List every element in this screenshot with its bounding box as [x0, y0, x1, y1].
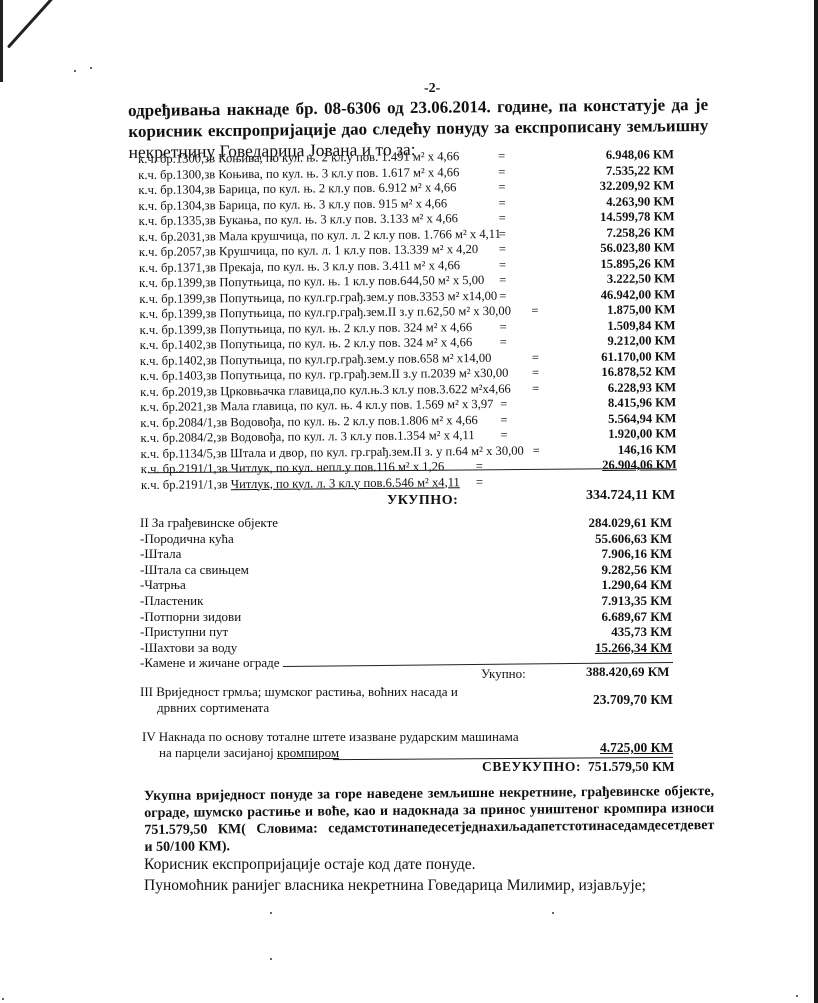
equals-sign: = [532, 350, 539, 366]
scan-edge-left [0, 0, 3, 82]
buildings-subtotal-label: Укупно: [481, 666, 526, 682]
equals-sign: = [498, 149, 505, 165]
crop-damage-line: IV Накнада по основу тоталне штете изазв… [142, 729, 519, 745]
equals-sign: = [476, 475, 483, 491]
equals-sign: = [500, 412, 507, 428]
vegetation-line: дрвних сортимената [140, 700, 458, 716]
equals-sign: = [499, 226, 506, 242]
building-item-row: II За грађевинске објекте284.029,61 КМ [140, 515, 672, 531]
building-item-amount: 284.029,61 КМ [589, 515, 672, 531]
vegetation-section: III Вриједност грмља; шумског растиња, в… [140, 684, 458, 716]
equals-sign: = [476, 459, 483, 475]
building-item-row: -Штала7.906,16 КМ [140, 546, 672, 562]
scan-speck [796, 995, 798, 997]
building-item-row: -Штала са свињцем9.282,56 КМ [140, 562, 672, 578]
building-item-amount: 7.906,16 КМ [602, 546, 672, 562]
vegetation-line: III Вриједност грмља; шумског растиња, в… [140, 684, 458, 700]
land-item-description: к.ч. бр.2191/1,зв Читлук, по кул. л. 3 к… [141, 475, 460, 493]
building-item-label: -Камене и жичане ограде [140, 655, 280, 671]
scan-speck [90, 67, 92, 69]
equals-sign: = [498, 164, 505, 180]
equals-sign: = [500, 428, 507, 444]
building-item-amount: 7.913,35 КМ [602, 593, 672, 609]
land-item-amount: 7.535,22 КМ [606, 163, 674, 179]
scan-speck [2, 998, 4, 1000]
building-item-amount: 55.606,63 КМ [595, 531, 672, 547]
scan-edge-right [814, 0, 818, 1003]
closing-line: Пуномоћник ранијег власника некретнина Г… [144, 875, 646, 896]
grand-total-label: СВЕУКУПНО: [482, 759, 581, 775]
land-total-label: УКУПНО: [387, 493, 458, 509]
equals-sign: = [498, 195, 505, 211]
summary-paragraph: Укупна вриједност понуде за горе наведен… [144, 783, 715, 856]
building-item-label: -Штала са свињцем [140, 562, 249, 578]
land-item-amount: 14.599,78 КМ [600, 209, 675, 225]
land-item-amount: 5.564,94 КМ [608, 411, 676, 427]
equals-sign: = [499, 273, 506, 289]
building-item-label: -Породична кућа [140, 531, 234, 547]
land-item-amount: 6.228,93 КМ [608, 380, 676, 396]
building-item-label: II За грађевинске објекте [140, 515, 278, 531]
equals-sign: = [498, 180, 505, 196]
page-number: -2- [424, 81, 440, 97]
land-item-amount: 1.509,84 КМ [607, 318, 675, 334]
building-item-row: -Потпорни зидови6.689,67 КМ [140, 609, 672, 625]
building-item-row: -Чатрња1.290,64 КМ [140, 577, 672, 593]
land-item-amount: 26.904,06 КМ [602, 457, 677, 473]
crop-damage-section: IV Накнада по основу тоталне штете изазв… [142, 729, 519, 761]
building-item-row: -Приступни пут435,73 КМ [140, 624, 672, 640]
buildings-section: II За грађевинске објекте284.029,61 КМ-П… [140, 515, 672, 671]
scan-speck [270, 912, 272, 914]
land-item-amount: 3.222,50 КМ [607, 271, 675, 287]
equals-sign: = [500, 397, 507, 413]
land-item-amount: 6.948,06 КМ [606, 147, 674, 163]
equals-sign: = [499, 288, 506, 304]
land-item-amount: 16.878,52 КМ [601, 364, 676, 380]
grand-total-value: 751.579,50 КМ [588, 759, 675, 775]
building-item-amount: 1.290,64 КМ [602, 577, 672, 593]
building-item-label: -Штала [140, 546, 181, 562]
land-item-description-prefix: к.ч. бр.2191/1,зв [141, 477, 231, 492]
building-item-amount: 15.266,34 КМ [595, 640, 672, 656]
building-item-label: -Потпорни зидови [140, 609, 241, 625]
scan-speck [270, 958, 272, 960]
land-item-amount: 1.920,00 КМ [608, 426, 676, 442]
land-item-amount: 8.415,96 КМ [608, 395, 676, 411]
equals-sign: = [532, 366, 539, 382]
land-item-amount: 146,16 КМ [618, 442, 677, 458]
land-item-amount: 15.895,26 КМ [600, 256, 675, 272]
building-item-row: -Пластеник7.913,35 КМ [140, 593, 672, 609]
land-parcel-list: к.ч. бр.1300,зв Коњива, по кул. њ. 2 кл.… [138, 147, 677, 493]
building-item-row: -Породична кућа55.606,63 КМ [140, 531, 672, 547]
building-item-amount: 6.689,67 КМ [602, 609, 672, 625]
land-item-amount: 1.875,00 КМ [607, 302, 675, 318]
vegetation-amount: 23.709,70 КМ [593, 692, 673, 708]
building-item-label: -Чатрња [140, 577, 186, 593]
crop-damage-underlined: кромпиром [277, 745, 339, 760]
crop-damage-text: на парцели засијаној [159, 745, 277, 760]
pen-stroke-mark [7, 0, 95, 49]
land-item-amount: 56.023,80 КМ [600, 240, 675, 256]
scan-speck [552, 912, 554, 914]
closing-line: Корисник експропријације остаје код дате… [144, 854, 646, 875]
land-item-amount: 32.209,92 КМ [600, 178, 675, 194]
equals-sign: = [531, 304, 538, 320]
building-item-amount: 435,73 КМ [611, 624, 672, 640]
equals-sign: = [533, 443, 540, 459]
building-item-label: -Шахтови за воду [140, 640, 237, 656]
land-item-amount: 61.170,00 КМ [601, 349, 676, 365]
land-item-amount: 46.942,00 КМ [601, 287, 676, 303]
land-total-value: 334.724,11 КМ [586, 488, 675, 504]
equals-sign: = [499, 242, 506, 258]
equals-sign: = [499, 319, 506, 335]
equals-sign: = [500, 335, 507, 351]
building-item-row: -Шахтови за воду15.266,34 КМ [140, 640, 672, 656]
building-item-label: -Приступни пут [140, 624, 228, 640]
equals-sign: = [499, 211, 506, 227]
equals-sign: = [499, 257, 506, 273]
building-item-amount: 9.282,56 КМ [602, 562, 672, 578]
building-item-label: -Пластеник [140, 593, 203, 609]
scan-speck [74, 70, 76, 72]
land-item-amount: 7.258,26 КМ [606, 225, 674, 241]
crop-damage-amount: 4.725,00 КМ [600, 740, 673, 756]
land-item-amount: 4.263,90 КМ [606, 194, 674, 210]
buildings-subtotal-value: 388.420,69 КМ [586, 664, 669, 680]
closing-paragraph: Корисник експропријације остаје код дате… [144, 854, 646, 896]
land-item-description-underlined: Читлук, по кул. л. 3 кл.у пов.6.546 м² x… [231, 475, 460, 491]
equals-sign: = [532, 381, 539, 397]
land-item-amount: 9.212,00 КМ [607, 333, 675, 349]
